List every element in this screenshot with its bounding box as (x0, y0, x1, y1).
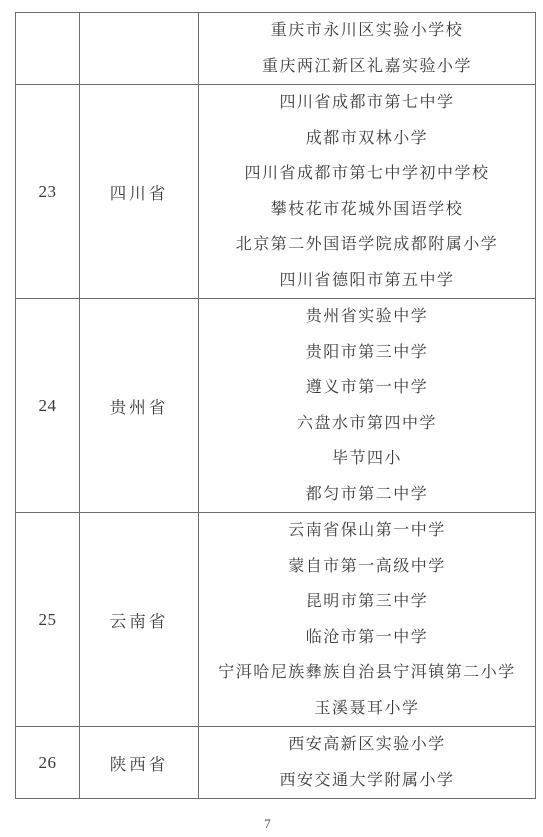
school-list-table: 重庆市永川区实验小学校 重庆两江新区礼嘉实验小学 23 四川省 四川省成都市第七… (15, 12, 536, 799)
school-name: 临沧市第一中学 (199, 620, 535, 656)
table-row: 23 四川省 四川省成都市第七中学 成都市双林小学 四川省成都市第七中学初中学校… (16, 84, 535, 298)
province-cell: 四川省 (80, 85, 199, 298)
schools-cell: 云南省保山第一中学 蒙自市第一高级中学 昆明市第三中学 临沧市第一中学 宁洱哈尼… (199, 513, 535, 726)
school-name: 贵阳市第三中学 (199, 335, 535, 371)
row-number-cell (16, 13, 80, 84)
row-number-cell: 26 (16, 727, 80, 798)
schools-cell: 四川省成都市第七中学 成都市双林小学 四川省成都市第七中学初中学校 攀枝花市花城… (199, 85, 535, 298)
row-number-cell: 23 (16, 85, 80, 298)
school-name: 成都市双林小学 (199, 121, 535, 157)
school-name: 攀枝花市花城外国语学校 (199, 192, 535, 228)
school-name: 昆明市第三中学 (199, 584, 535, 620)
row-number-cell: 24 (16, 299, 80, 512)
school-name: 北京第二外国语学院成都附属小学 (199, 227, 535, 263)
school-name: 毕节四小 (199, 441, 535, 477)
province-cell: 云南省 (80, 513, 199, 726)
school-name: 西安交通大学附属小学 (199, 763, 535, 799)
schools-cell: 贵州省实验中学 贵阳市第三中学 遵义市第一中学 六盘水市第四中学 毕节四小 都匀… (199, 299, 535, 512)
row-number-cell: 25 (16, 513, 80, 726)
document-page: 重庆市永川区实验小学校 重庆两江新区礼嘉实验小学 23 四川省 四川省成都市第七… (0, 0, 543, 837)
table-row: 25 云南省 云南省保山第一中学 蒙自市第一高级中学 昆明市第三中学 临沧市第一… (16, 512, 535, 726)
table-row: 重庆市永川区实验小学校 重庆两江新区礼嘉实验小学 (16, 13, 535, 84)
school-name: 遵义市第一中学 (199, 370, 535, 406)
table-row: 26 陕西省 西安高新区实验小学 西安交通大学附属小学 (16, 726, 535, 798)
school-name: 四川省成都市第七中学 (199, 85, 535, 121)
school-name: 云南省保山第一中学 (199, 513, 535, 549)
school-name: 四川省成都市第七中学初中学校 (199, 156, 535, 192)
schools-cell: 重庆市永川区实验小学校 重庆两江新区礼嘉实验小学 (199, 13, 535, 84)
schools-cell: 西安高新区实验小学 西安交通大学附属小学 (199, 727, 535, 798)
province-cell: 贵州省 (80, 299, 199, 512)
school-name: 四川省德阳市第五中学 (199, 263, 535, 299)
school-name: 宁洱哈尼族彝族自治县宁洱镇第二小学 (199, 655, 535, 691)
school-name: 贵州省实验中学 (199, 299, 535, 335)
province-cell (80, 13, 199, 84)
table-row: 24 贵州省 贵州省实验中学 贵阳市第三中学 遵义市第一中学 六盘水市第四中学 … (16, 298, 535, 512)
school-name: 西安高新区实验小学 (199, 727, 535, 763)
school-name: 重庆两江新区礼嘉实验小学 (199, 49, 535, 85)
school-name: 玉溪聂耳小学 (199, 691, 535, 727)
school-name: 都匀市第二中学 (199, 477, 535, 513)
school-name: 六盘水市第四中学 (199, 406, 535, 442)
school-name: 蒙自市第一高级中学 (199, 549, 535, 585)
school-name: 重庆市永川区实验小学校 (199, 13, 535, 49)
page-number: 7 (0, 816, 535, 832)
province-cell: 陕西省 (80, 727, 199, 798)
